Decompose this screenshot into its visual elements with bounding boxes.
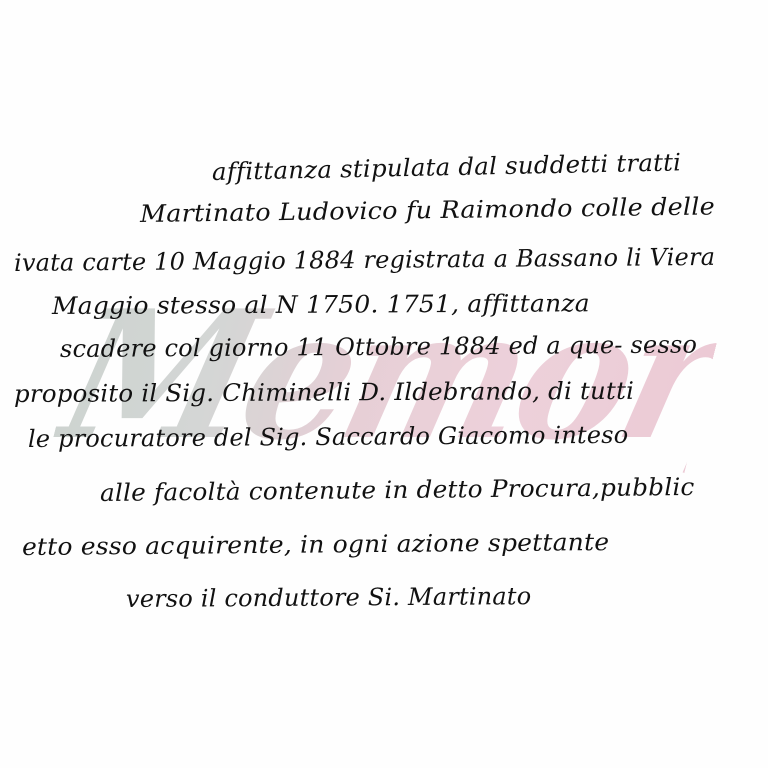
- manuscript-line-6: proposito il Sig. Chiminelli D. Ildebran…: [14, 377, 634, 408]
- manuscript-line-2: Martinato Ludovico fu Raimondo colle del…: [140, 192, 715, 228]
- manuscript-line-1: affittanza stipulata dal suddetti tratti: [212, 148, 682, 186]
- manuscript-page: Memory affittanza stipulata dal suddetti…: [0, 0, 768, 768]
- manuscript-line-3: ivata carte 10 Maggio 1884 registrata a …: [14, 243, 715, 277]
- manuscript-line-9: etto esso acquirente, in ogni azione spe…: [22, 528, 609, 561]
- manuscript-line-7: le procuratore del Sig. Saccardo Giacomo…: [28, 421, 629, 453]
- manuscript-line-8: alle facoltà contenute in detto Procura,…: [100, 473, 695, 507]
- manuscript-line-4: Maggio stesso al N 1750. 1751, affittanz…: [52, 289, 590, 320]
- manuscript-line-10: verso il conduttore Si. Martinato: [126, 582, 532, 613]
- manuscript-line-5: scadere col giorno 11 Ottobre 1884 ed a …: [60, 331, 697, 363]
- handwritten-text-block: affittanza stipulata dal suddetti tratti…: [0, 0, 768, 768]
